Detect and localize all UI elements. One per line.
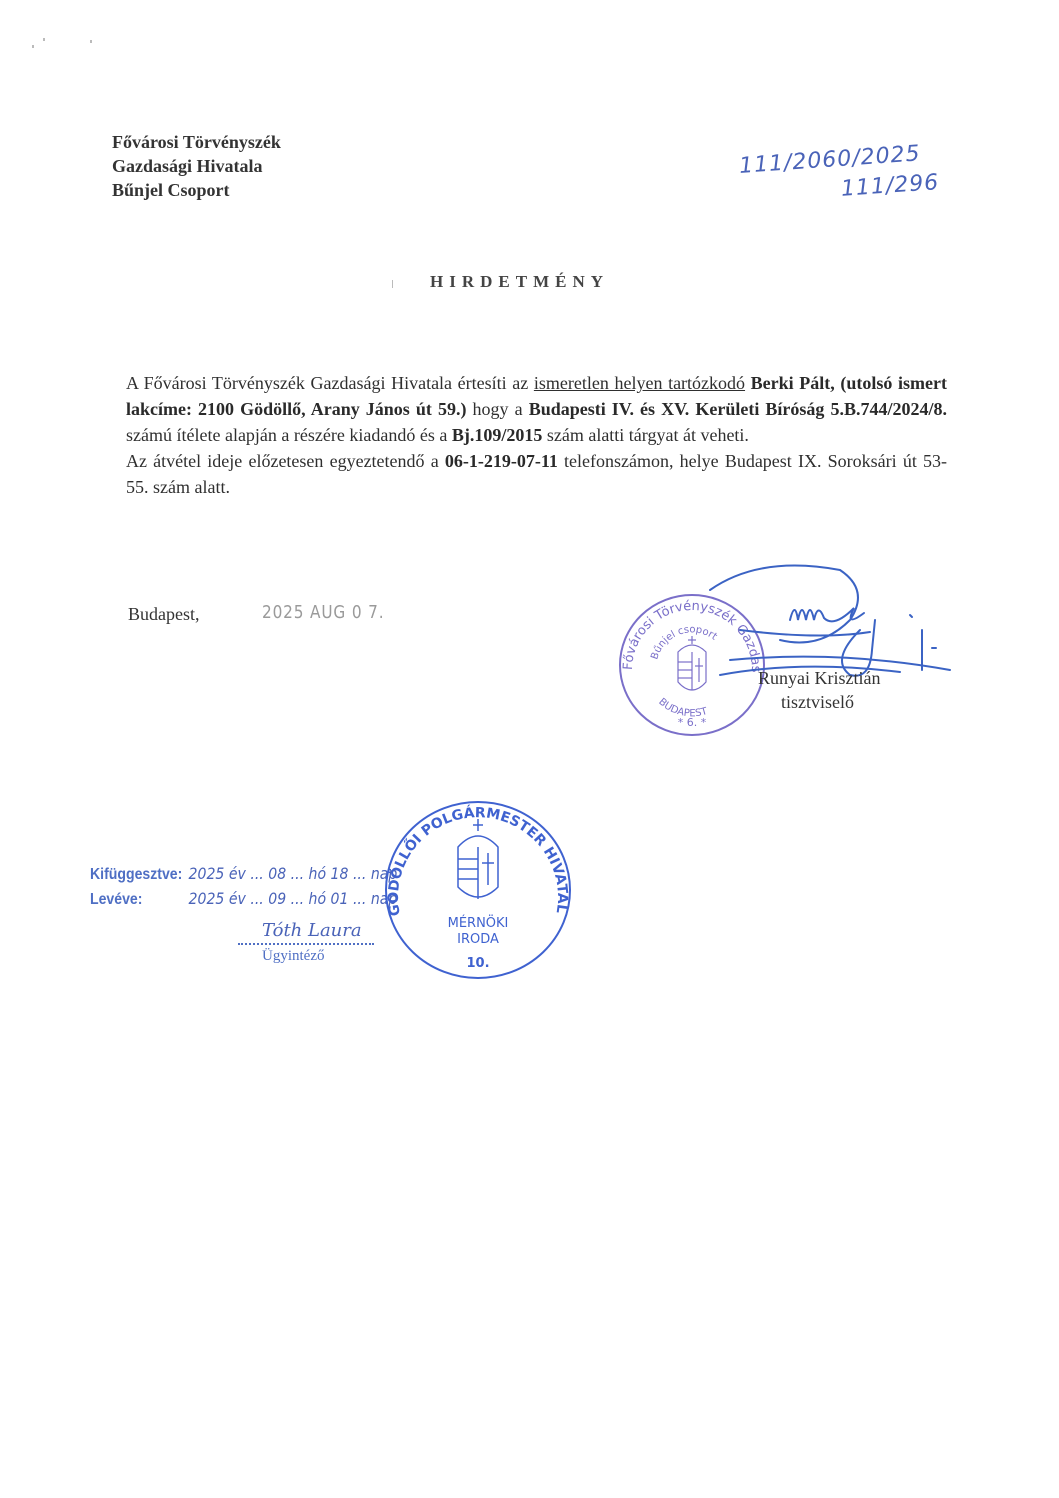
text-run: hogy a: [466, 399, 528, 419]
document-title: HIRDETMÉNY: [430, 272, 609, 292]
sender-line-1: Fővárosi Törvényszék: [112, 130, 281, 154]
notice-paragraph-1: A Fővárosi Törvényszék Gazdasági Hivatal…: [126, 370, 947, 448]
mayor-seal-line-2: IRODA: [457, 932, 499, 947]
notice-paragraph-2: Az átvétel ideje előzetesen egyeztetendő…: [126, 448, 947, 500]
posted-date: 2025 év ... 08 ... hó 18 ... nap: [189, 864, 398, 883]
coat-of-arms-icon: [458, 819, 498, 899]
posting-stamp: Kifüggesztve:2025 év ... 08 ... hó 18 ..…: [90, 862, 397, 912]
text-run: Az átvétel ideje előzetesen egyeztetendő…: [126, 451, 445, 471]
scan-speck: [90, 40, 92, 43]
underlined-text: ismeretlen helyen tartózkodó: [534, 373, 745, 393]
sender-line-3: Bűnjel Csoport: [112, 178, 281, 202]
mayor-seal-ring-text: GÖDÖLLŐI POLGÁRMESTER HIVATAL: [384, 804, 570, 917]
svg-text:GÖDÖLLŐI POLGÁRMESTER HIVATAL: GÖDÖLLŐI POLGÁRMESTER HIVATAL: [384, 804, 570, 917]
evidence-number: Bj.109/2015: [452, 425, 543, 445]
mayor-seal-line-1: MÉRNÖKI: [448, 914, 509, 931]
text-run: A Fővárosi Törvényszék Gazdasági Hivatal…: [126, 373, 534, 393]
posted-label: Kifüggesztve:: [90, 863, 189, 887]
text-run: szám alatti tárgyat át veheti.: [542, 425, 749, 445]
notice-body: A Fővárosi Törvényszék Gazdasági Hivatal…: [126, 370, 947, 500]
scan-speck: [32, 45, 34, 48]
signatory-name: Runyai Krisztián: [758, 668, 880, 689]
scan-speck: [392, 280, 393, 288]
clerk-signature-line: [238, 943, 374, 945]
mayor-seal-number: 10.: [466, 956, 489, 971]
dateline-place: Budapest,: [128, 604, 200, 625]
text-run: számú ítélete alapján a részére kiadandó…: [126, 425, 452, 445]
sender-line-2: Gazdasági Hivatala: [112, 154, 281, 178]
clerk-signature: Tóth Laura: [262, 920, 362, 941]
handwritten-reference: 111/2060/2025 111/296: [738, 138, 940, 212]
removed-row: Levéve:2025 év ... 09 ... hó 01 ... nap: [90, 887, 397, 912]
phone-number: 06-1-219-07-11: [445, 451, 558, 471]
clerk-label: Ügyintéző: [262, 948, 324, 965]
date-stamp: 2025 AUG 0 7.: [262, 602, 384, 623]
removed-date: 2025 év ... 09 ... hó 01 ... nap: [189, 889, 398, 908]
mayor-office-seal-stamp: GÖDÖLLŐI POLGÁRMESTER HIVATAL MÉRNÖKI IR…: [378, 795, 578, 985]
court-case-number: Budapesti IV. és XV. Kerületi Bíróság 5.…: [529, 399, 947, 419]
sender-block: Fővárosi Törvényszék Gazdasági Hivatala …: [112, 130, 281, 202]
scan-speck: [43, 38, 45, 41]
posted-row: Kifüggesztve:2025 év ... 08 ... hó 18 ..…: [90, 862, 397, 887]
court-seal-number: * 6. *: [678, 716, 707, 729]
removed-label: Levéve:: [90, 888, 189, 912]
signatory-role: tisztviselő: [781, 692, 854, 713]
